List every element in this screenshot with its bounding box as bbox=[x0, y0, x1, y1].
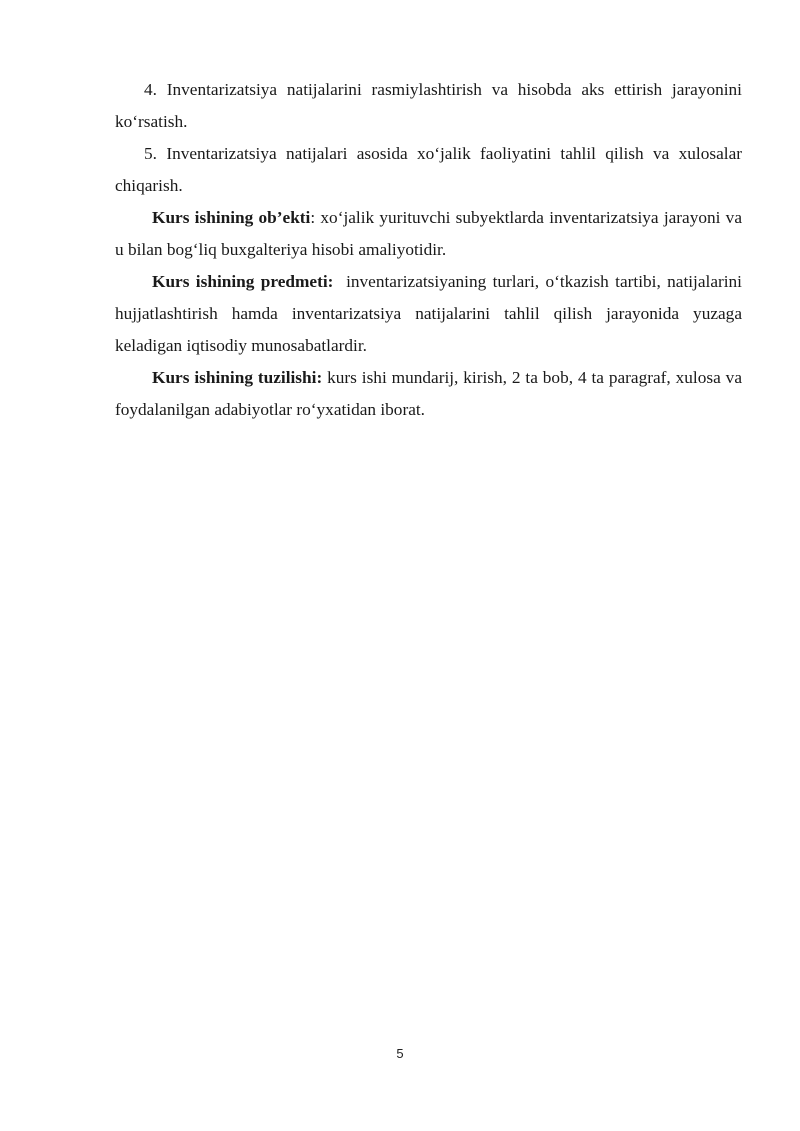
document-page: 4. Inventarizatsiya natijalarini rasmiyl… bbox=[115, 74, 742, 426]
list-item-5: 5. Inventarizatsiya natijalari asosida x… bbox=[115, 138, 742, 202]
list-text: Inventarizatsiya natijalarini rasmiylash… bbox=[115, 80, 742, 131]
list-item-4: 4. Inventarizatsiya natijalarini rasmiyl… bbox=[115, 74, 742, 138]
object-label: Kurs ishining ob’ekti bbox=[152, 208, 310, 227]
structure-label: Kurs ishining tuzilishi: bbox=[152, 368, 322, 387]
paragraph-subject: Kurs ishining predmeti: inventarizatsiya… bbox=[115, 266, 742, 362]
list-number: 5. bbox=[144, 144, 157, 163]
paragraph-structure: Kurs ishining tuzilishi: kurs ishi munda… bbox=[115, 362, 742, 426]
subject-label: Kurs ishining predmeti: bbox=[152, 272, 333, 291]
page-number: 5 bbox=[0, 1046, 800, 1061]
list-text: Inventarizatsiya natijalari asosida xo‘j… bbox=[115, 144, 742, 195]
paragraph-object: Kurs ishining ob’ekti: xo‘jalik yurituvc… bbox=[115, 202, 742, 266]
list-number: 4. bbox=[144, 80, 157, 99]
